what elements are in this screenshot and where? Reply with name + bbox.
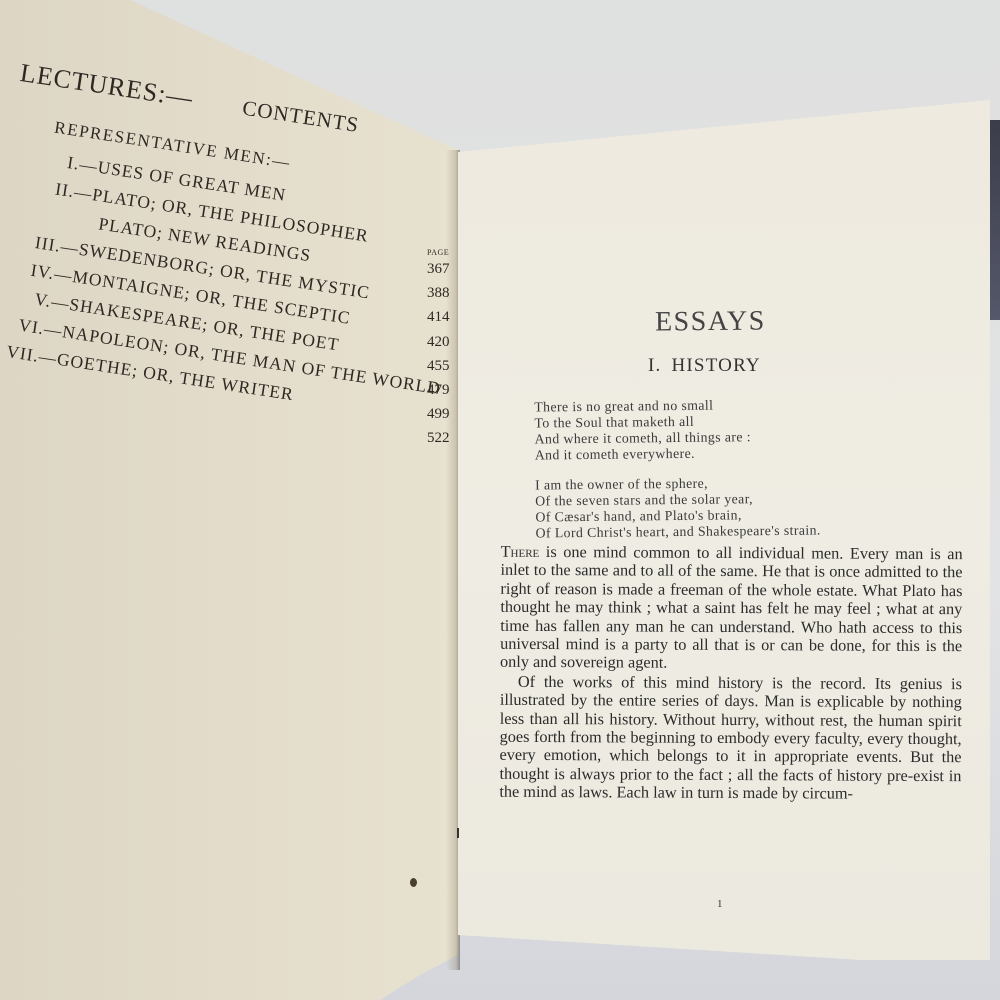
epigraph-poem: There is no great and no small To the So…: [534, 397, 821, 556]
paper-speck: [410, 878, 417, 887]
poem-stanza: I am the owner of the sphere, Of the sev…: [535, 475, 821, 542]
toc-page-number: 479: [427, 378, 467, 402]
toc-page-number: 499: [427, 402, 467, 426]
paragraph: There is one mind common to all individu…: [500, 543, 963, 674]
page-column-header: PAGE: [427, 248, 467, 257]
toc-page-number: 388: [427, 281, 467, 305]
page-number-column: PAGE 367 388 414 420 455 479 499 522: [427, 248, 467, 451]
poem-line: Of Lord Christ's heart, and Shakespeare'…: [536, 523, 821, 542]
poem-stanza: There is no great and no small To the So…: [534, 397, 820, 464]
toc-page-number: 367: [427, 257, 467, 281]
chapter-number: I.: [648, 355, 661, 376]
toc-page-number: 455: [427, 354, 467, 378]
paragraph-text: is one mind common to all individual men…: [500, 542, 963, 672]
poem-line: And it cometh everywhere.: [535, 445, 820, 464]
paragraph: Of the works of this mind history is the…: [499, 673, 962, 804]
chapter-title: HISTORY: [671, 355, 760, 376]
toc-page-number: 420: [427, 330, 467, 354]
page-number: 1: [717, 898, 723, 910]
essay-body: There is one mind common to all individu…: [499, 543, 962, 804]
spine-mark: [457, 828, 459, 838]
chapter-heading: I.HISTORY: [648, 355, 761, 377]
paragraph-lead-word: There: [501, 542, 540, 561]
book-section-title: ESSAYS: [655, 306, 766, 339]
toc-page-number: 414: [427, 305, 467, 329]
toc-page-number: 522: [427, 426, 467, 450]
